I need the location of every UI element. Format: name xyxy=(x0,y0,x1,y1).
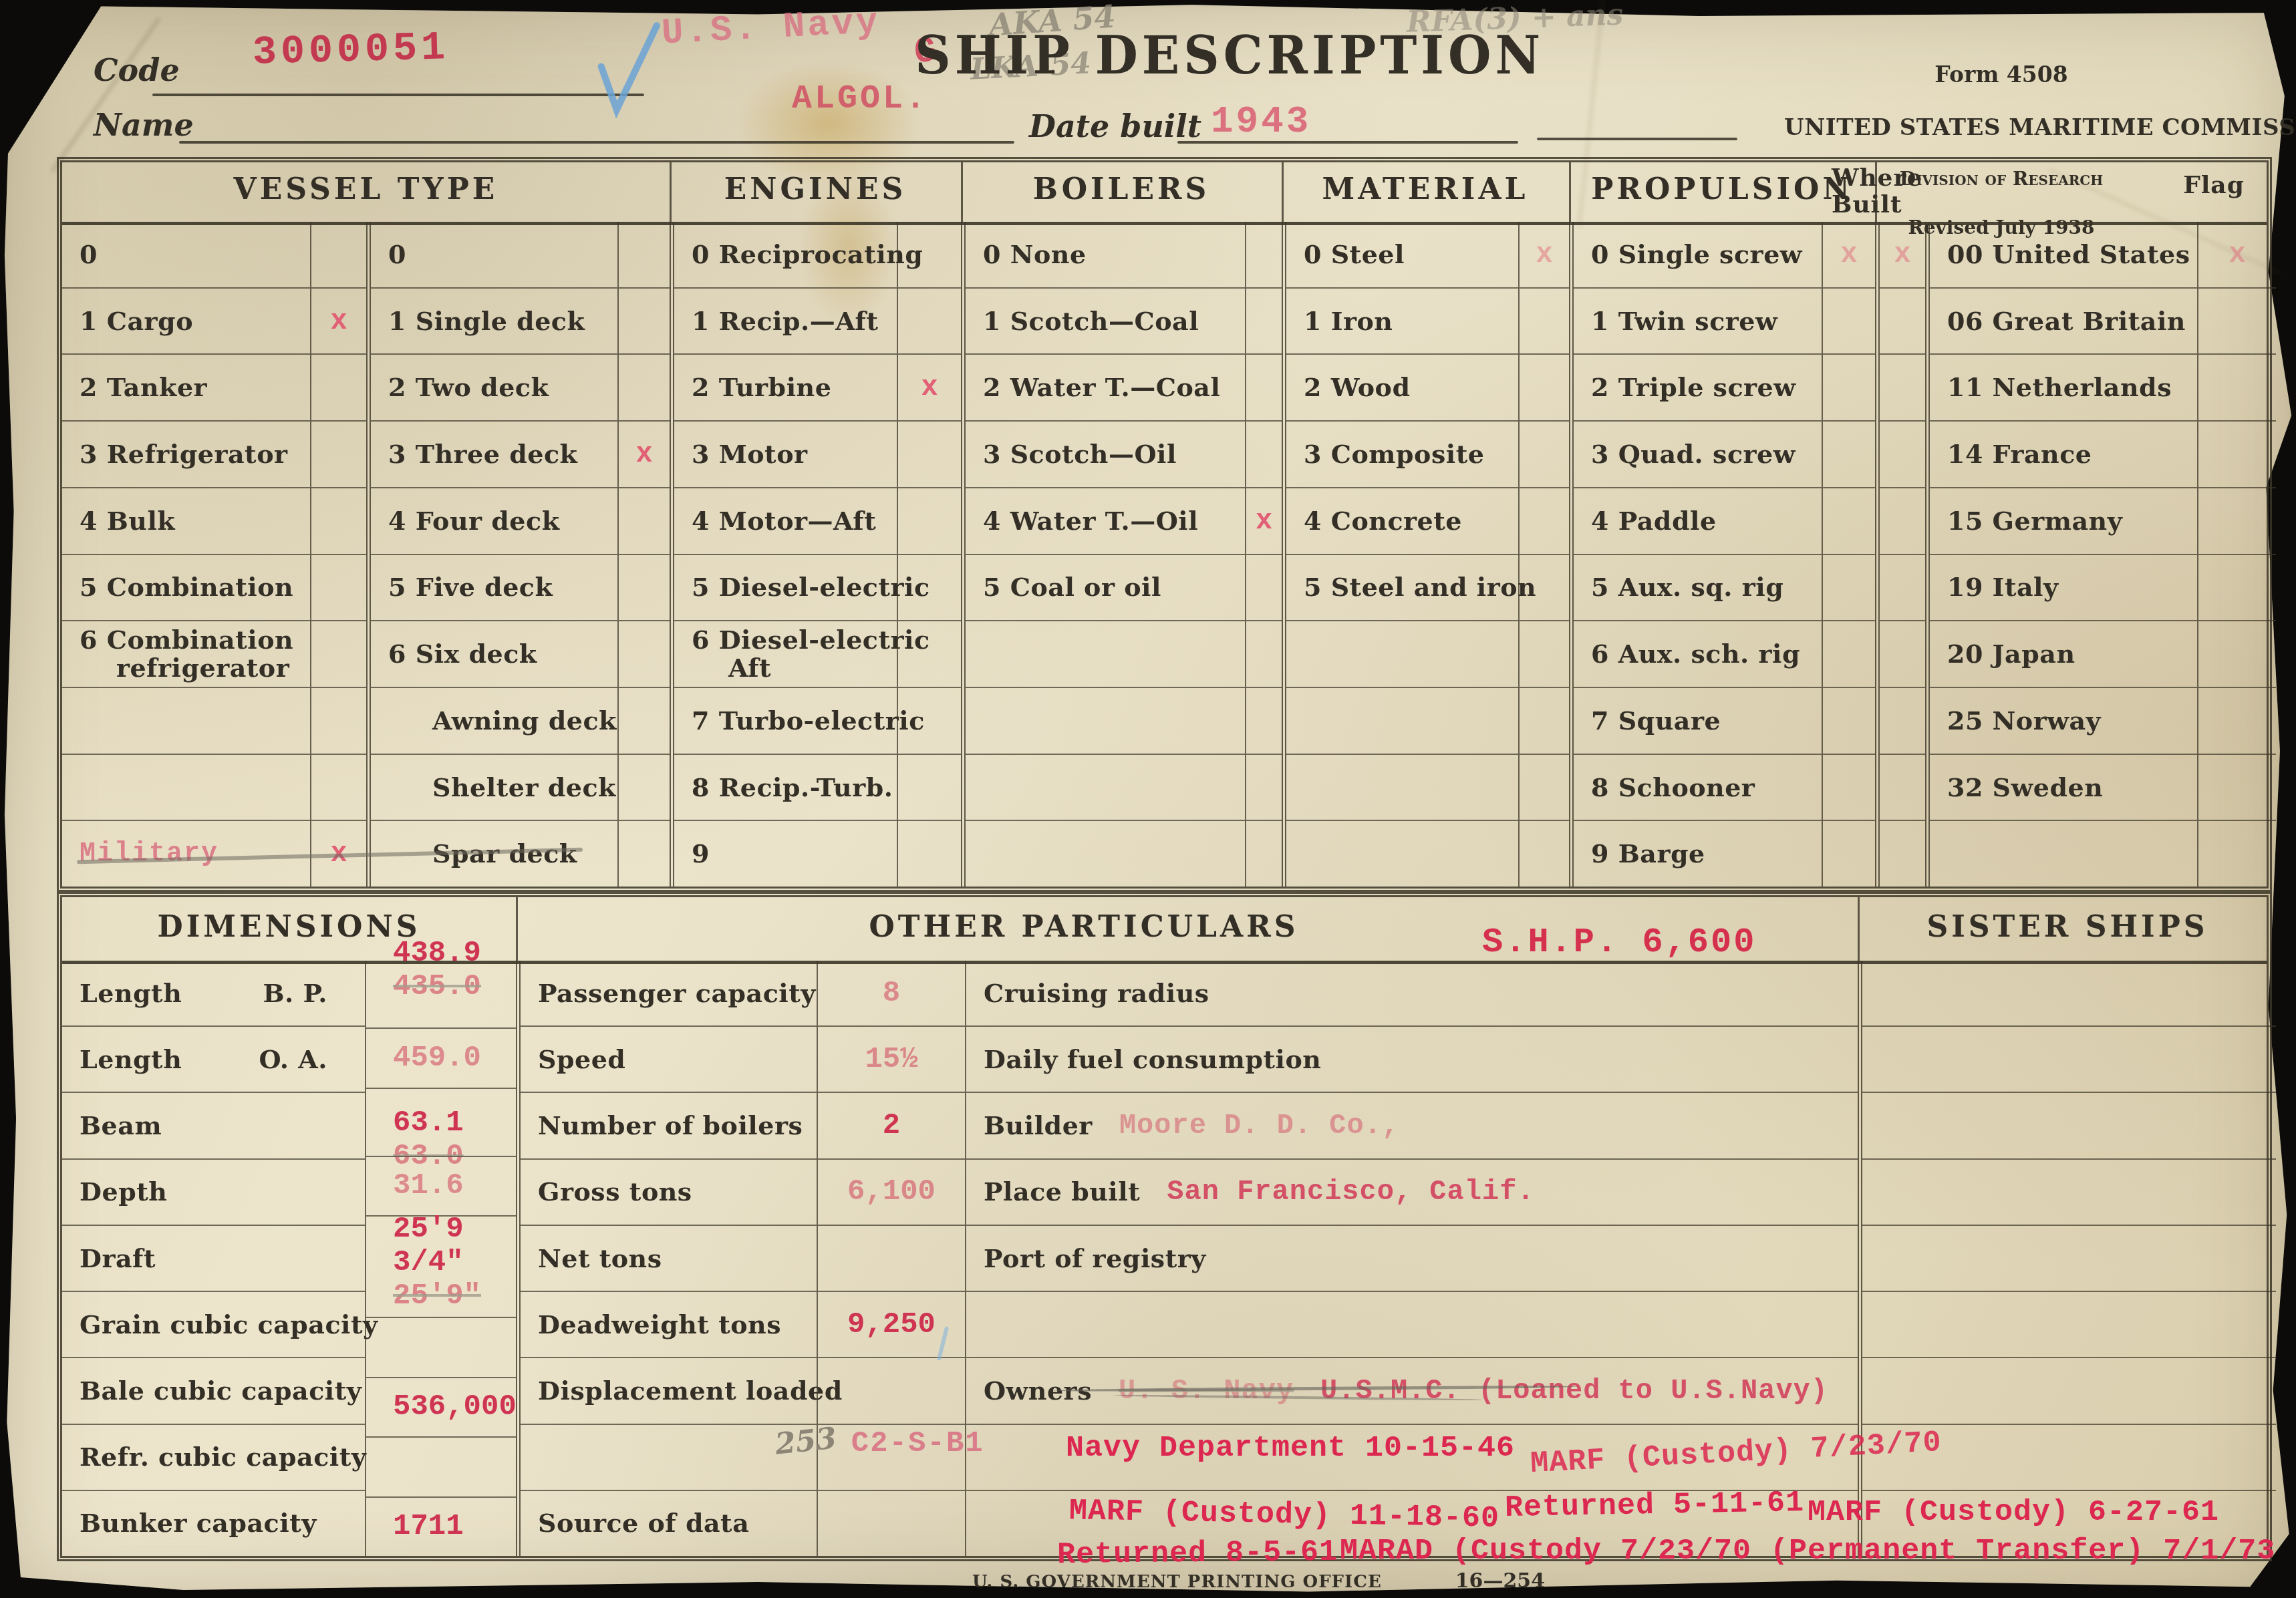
countries-row-5-mark xyxy=(2198,555,2276,622)
dimension-value-4: 25'9 3/4" xyxy=(393,1213,516,1279)
particular-value-5: 9,250 xyxy=(847,1308,936,1341)
propulsion-label-9: 9 Barge xyxy=(1591,840,1705,868)
engines-header: ENGINES xyxy=(670,174,961,205)
where-built-header: Where Built xyxy=(1832,165,1922,218)
shp-stamp: S.H.P. 6,600 xyxy=(1482,923,1756,962)
ship-name-stamp: ALGOL. xyxy=(792,80,928,118)
dimension-label-3: Depth xyxy=(80,1178,167,1206)
dimlabel-row-1: LengthO. A. xyxy=(62,1027,365,1093)
details-table-body: LengthB. P.LengthO. A.BeamDepthDraftGrai… xyxy=(62,961,2267,1556)
dimvalue-row-3: 31.6 xyxy=(366,1157,516,1217)
engines-row-6: 6 Diesel-electric Aft xyxy=(674,621,897,688)
countries-label-6: 20 Japan xyxy=(1947,640,2075,668)
vessel_type_1-mark-column: xx xyxy=(310,222,366,887)
material-row-2-mark xyxy=(1520,355,1569,422)
header-underline-segment xyxy=(1537,138,1737,140)
vessel_type_2-label-column: 01 Single deck2 Two deck3 Three deck4 Fo… xyxy=(366,222,617,887)
dimension-value-6: 536,000 xyxy=(393,1390,517,1424)
particular-label-2: Number of boilers xyxy=(538,1112,803,1140)
boilers-row-8 xyxy=(966,755,1245,822)
material-row-1-mark xyxy=(1520,289,1569,355)
propulsion-row-0-mark: x xyxy=(1823,222,1875,289)
dimvalue-row-0: 438.9435.0 xyxy=(366,961,516,1029)
dimension-value-stack-0: 438.9435.0 xyxy=(384,937,481,1003)
p1value-row-2: 2 xyxy=(818,1093,965,1159)
p1value-row-8 xyxy=(818,1491,965,1556)
wide-row-4: Port of registry xyxy=(966,1226,1858,1292)
boilers-label-2: 2 Water T.—Coal xyxy=(983,373,1220,402)
dimvalue-row-6: 536,000 xyxy=(366,1378,516,1438)
wide-row-2: BuilderMoore D. D. Co., xyxy=(966,1093,1858,1159)
vessel_type_2-row-8-mark xyxy=(619,755,670,822)
engines-row-7: 7 Turbo-electric xyxy=(674,688,897,755)
countries-row-7-mark xyxy=(2198,688,2276,755)
dimvalue-row-7 xyxy=(366,1438,516,1498)
code-label: Code xyxy=(94,52,180,88)
dimlabel-row-8: Bunker capacity xyxy=(62,1491,365,1556)
dimension-value-stack-1: 459.0 xyxy=(384,1042,481,1075)
wide-row-0: Cruising radius xyxy=(966,961,1858,1027)
wide-row-5 xyxy=(966,1292,1858,1358)
dimvalue-row-2: 63.163.0 xyxy=(366,1089,516,1157)
classification-header-band: VESSEL TYPE ENGINES BOILERS MATERIAL PRO… xyxy=(62,162,2267,225)
where_built-row-6-mark xyxy=(1880,621,1925,688)
countries-label-3: 14 France xyxy=(1947,440,2092,468)
boilers-row-8-mark xyxy=(1246,755,1282,822)
engines-mark-column: x xyxy=(897,222,961,887)
c2-s-b1-note: C2-S-B1 xyxy=(851,1427,984,1460)
propulsion-header: PROPULSION xyxy=(1569,174,1875,205)
wide-row-1: Daily fuel consumption xyxy=(966,1027,1858,1093)
material-label-4: 4 Concrete xyxy=(1304,507,1462,535)
material-row-3: 3 Composite xyxy=(1286,422,1518,488)
boilers-label-5: 5 Coal or oil xyxy=(983,573,1161,601)
pencil-253-note: 253 xyxy=(774,1421,839,1461)
dimension-value-3: 31.6 xyxy=(393,1169,464,1203)
vessel_type_2-label-7: Awning deck xyxy=(388,707,617,735)
footer-number: 16—254 xyxy=(1455,1569,1545,1593)
classification-table-body: 01 Cargo2 Tanker3 Refrigerator4 Bulk5 Co… xyxy=(62,222,2267,887)
particular-label-4: Net tons xyxy=(538,1245,662,1273)
classification-table: VESSEL TYPE ENGINES BOILERS MATERIAL PRO… xyxy=(57,157,2272,892)
wide-value-3: San Francisco, Calif. xyxy=(1167,1176,1534,1208)
engines-label-2: 2 Turbine xyxy=(692,373,831,402)
dimension-label-6: Bale cubic capacity xyxy=(80,1377,362,1405)
wide-row-3: Place builtSan Francisco, Calif. xyxy=(966,1160,1858,1226)
material-row-5: 5 Steel and iron xyxy=(1286,555,1518,622)
particular-label-3: Gross tons xyxy=(538,1178,692,1206)
vessel_type_1-row-3: 3 Refrigerator xyxy=(62,422,310,488)
material-row-2: 2 Wood xyxy=(1286,355,1518,422)
propulsion-row-2: 2 Triple screw xyxy=(1574,355,1822,422)
material-header: MATERIAL xyxy=(1282,174,1569,205)
dimension-value-stack-3: 31.6 xyxy=(384,1169,464,1203)
material-row-8 xyxy=(1286,755,1518,822)
engines-label-6: 6 Diesel-electric Aft xyxy=(692,626,930,682)
propulsion-label-1: 1 Twin screw xyxy=(1591,307,1777,335)
propulsion-row-3: 3 Quad. screw xyxy=(1574,422,1822,488)
blue-check-icon xyxy=(585,12,666,124)
countries-row-1: 06 Great Britain xyxy=(1930,289,2197,355)
p1value-row-4 xyxy=(818,1226,965,1292)
propulsion-row-3-mark xyxy=(1823,422,1875,488)
dimvalue-row-4: 25'9 3/4"25'9" xyxy=(366,1217,516,1318)
material-label-2: 2 Wood xyxy=(1304,373,1411,402)
boilers-row-3-mark xyxy=(1246,422,1282,488)
dimension-label-7: Refr. cubic capacity xyxy=(80,1443,366,1471)
boilers-header: BOILERS xyxy=(961,174,1282,205)
propulsion-row-5-mark xyxy=(1823,555,1875,622)
vessel_type_2-label-5: 5 Five deck xyxy=(388,573,553,601)
boilers-row-6-mark xyxy=(1246,621,1282,688)
material-row-4: 4 Concrete xyxy=(1286,488,1518,555)
engines-row-0: 0 Reciprocating xyxy=(674,222,897,289)
boilers-row-1: 1 Scotch—Coal xyxy=(966,289,1245,355)
form-number: Form 4508 xyxy=(1784,61,2218,88)
propulsion-row-1-mark xyxy=(1823,289,1875,355)
vessel_type_2-row-0-mark xyxy=(619,222,670,289)
vessel_type_1-row-9: Military xyxy=(62,821,310,887)
propulsion-mark-column: x xyxy=(1822,222,1875,887)
vessel_type_1-label-1: 1 Cargo xyxy=(80,307,193,335)
engines-row-2-mark: x xyxy=(898,355,961,422)
p1label-row-6: Displacement loaded xyxy=(521,1358,817,1424)
boilers-row-1-mark xyxy=(1246,289,1282,355)
where_built-row-2-mark xyxy=(1880,355,1925,422)
dimension-label-8: Bunker capacity xyxy=(80,1509,317,1537)
engines-row-8-mark xyxy=(898,755,961,822)
propulsion-label-3: 3 Quad. screw xyxy=(1591,440,1796,468)
p1label-row-4: Net tons xyxy=(521,1226,817,1292)
particular-label-1: Speed xyxy=(538,1046,625,1074)
propulsion-row-4-mark xyxy=(1823,488,1875,555)
engines-row-0-mark xyxy=(898,222,961,289)
particular-value-2: 2 xyxy=(883,1109,900,1142)
vessel_type_2-row-6-mark xyxy=(619,621,670,688)
dimension-label-2: Beam xyxy=(80,1112,162,1140)
material-row-3-mark xyxy=(1520,422,1569,488)
propulsion-row-8: 8 Schooner xyxy=(1574,755,1822,822)
sister-row-1 xyxy=(1862,1027,2276,1093)
band-divider xyxy=(1569,162,1571,222)
propulsion-row-9: 9 Barge xyxy=(1574,821,1822,887)
material-row-8-mark xyxy=(1520,755,1569,822)
p1label-row-0: Passenger capacity xyxy=(521,961,817,1027)
countries-label-column: 00 United States06 Great Britain11 Nethe… xyxy=(1925,222,2197,887)
material-mark-0: x xyxy=(1536,238,1552,271)
particular-value-1: 15½ xyxy=(865,1043,917,1076)
vessel_type_2-row-2: 2 Two deck xyxy=(371,355,617,422)
vessel_type_1-row-2-mark xyxy=(311,355,366,422)
marf-custody-61-stamp: MARF (Custody) 6-27-61 xyxy=(1808,1495,2219,1529)
engines-row-1-mark xyxy=(898,289,961,355)
material-row-5-mark xyxy=(1520,555,1569,622)
wide-value-6: U.S.M.C. (Loaned to U.S.Navy) xyxy=(1320,1375,1828,1407)
countries-label-5: 19 Italy xyxy=(1947,573,2059,601)
wide-label-6: Owners xyxy=(984,1377,1092,1405)
countries-row-6: 20 Japan xyxy=(1930,621,2197,688)
vessel_type_2-row-2-mark xyxy=(619,355,670,422)
p1label-row-3: Gross tons xyxy=(521,1160,817,1226)
boilers-label-4: 4 Water T.—Oil xyxy=(983,507,1198,535)
engines-row-6-mark xyxy=(898,621,961,688)
vessel_type_2-row-7-mark xyxy=(619,688,670,755)
returned-61-stamp: Returned 5-11-61 xyxy=(1505,1486,1805,1525)
countries-label-4: 15 Germany xyxy=(1947,507,2122,535)
band-divider xyxy=(1875,162,1877,222)
material-row-0-mark: x xyxy=(1520,222,1569,289)
vessel_type_2-label-1: 1 Single deck xyxy=(388,307,585,335)
where_built-row-3-mark xyxy=(1880,422,1925,488)
vessel_type_2-row-5-mark xyxy=(619,555,670,622)
sister-row-0 xyxy=(1862,961,2276,1027)
propulsion-row-7: 7 Square xyxy=(1574,688,1822,755)
boilers-row-9 xyxy=(966,821,1245,887)
material-label-3: 3 Composite xyxy=(1304,440,1484,468)
boilers-row-5-mark xyxy=(1246,555,1282,622)
vessel_type_2-row-1: 1 Single deck xyxy=(371,289,617,355)
engines-row-4-mark xyxy=(898,488,961,555)
vessel_type_1-row-2: 2 Tanker xyxy=(62,355,310,422)
vessel_type_1-row-7-mark xyxy=(311,688,366,755)
propulsion-row-5: 5 Aux. sq. rig xyxy=(1574,555,1822,622)
p1value-row-0: 8 xyxy=(818,961,965,1027)
dimlabel-column: LengthB. P.LengthO. A.BeamDepthDraftGrai… xyxy=(62,961,365,1556)
vessel_type_1-label-4: 4 Bulk xyxy=(80,507,175,535)
material-row-7 xyxy=(1286,688,1518,755)
wide-label-1: Daily fuel consumption xyxy=(984,1046,1321,1074)
vessel_type_1-row-6: 6 Combination refrigerator xyxy=(62,621,310,688)
wide-value-2: Moore D. D. Co., xyxy=(1119,1110,1399,1142)
boilers-row-4: 4 Water T.—Oil xyxy=(966,488,1245,555)
vessel_type_1-row-6-mark xyxy=(311,621,366,688)
wide-struck-value-6: U. S. Navy xyxy=(1119,1375,1294,1407)
dimension-label-0: Length xyxy=(80,979,182,1007)
particular-label-5: Deadweight tons xyxy=(538,1311,781,1339)
countries-row-6-mark xyxy=(2198,621,2276,688)
p1label-row-8: Source of data xyxy=(521,1491,817,1556)
material-row-1: 1 Iron xyxy=(1286,289,1518,355)
where_built-row-0-mark: x xyxy=(1880,222,1925,289)
vessel_type_1-row-8-mark xyxy=(311,755,366,822)
dimension-label-5: Grain cubic capacity xyxy=(80,1311,378,1339)
returned-8-61-stamp: Returned 8-5-61 xyxy=(1057,1535,1338,1572)
where_built-row-7-mark xyxy=(1880,688,1925,755)
dimension-value-2: 63.1 xyxy=(393,1106,464,1140)
material-label-5: 5 Steel and iron xyxy=(1304,573,1536,601)
engines-row-9-mark xyxy=(898,821,961,887)
p1value-row-3: 6,100 xyxy=(818,1160,965,1226)
boilers-label-0: 0 None xyxy=(983,241,1087,269)
particular-value-3: 6,100 xyxy=(847,1175,936,1209)
boilers-label-column: 0 None1 Scotch—Coal2 Water T.—Coal3 Scot… xyxy=(961,222,1245,887)
dimvalue-row-5 xyxy=(366,1318,516,1378)
code-value-stamp: 3000051 xyxy=(252,25,450,76)
vessel_type_1-row-8 xyxy=(62,755,310,822)
vessel_type_1-label-2: 2 Tanker xyxy=(80,373,207,402)
material-row-6 xyxy=(1286,621,1518,688)
particular-label-6: Displacement loaded xyxy=(538,1377,843,1405)
vessel_type_2-row-6: 6 Six deck xyxy=(371,621,617,688)
sister-row-2 xyxy=(1862,1093,2276,1159)
countries-row-7: 25 Norway xyxy=(1930,688,2197,755)
vessel_type_1-label-5: 5 Combination xyxy=(80,573,293,601)
vessel_type_1-row-0-mark xyxy=(311,222,366,289)
vessel_type_1-row-7 xyxy=(62,688,310,755)
p1label-row-1: Speed xyxy=(521,1027,817,1093)
p1label-column: Passenger capacitySpeedNumber of boilers… xyxy=(516,961,817,1556)
dimension-value-8: 1711 xyxy=(393,1510,464,1543)
band-divider xyxy=(961,162,963,222)
material-row-0: 0 Steel xyxy=(1286,222,1518,289)
dimension-value-stack-8: 1711 xyxy=(384,1510,464,1543)
propulsion-row-2-mark xyxy=(1823,355,1875,422)
particular-label-0: Passenger capacity xyxy=(538,979,816,1007)
type-code-note: 253 C2-S-B1 xyxy=(775,1424,984,1460)
countries-label-2: 11 Netherlands xyxy=(1947,373,2172,402)
boilers-mark-column: x xyxy=(1245,222,1282,887)
dimlabel-row-5: Grain cubic capacity xyxy=(62,1292,365,1358)
vessel_type_2-row-8: Shelter deck xyxy=(371,755,617,822)
propulsion-label-4: 4 Paddle xyxy=(1591,507,1717,535)
dimlabel-row-4: Draft xyxy=(62,1226,365,1292)
vessel_type_2-row-4-mark xyxy=(619,488,670,555)
vessel-type-header: VESSEL TYPE xyxy=(62,174,670,205)
vessel_type_2-row-4: 4 Four deck xyxy=(371,488,617,555)
engines-label-7: 7 Turbo-electric xyxy=(692,707,925,735)
dimension-old-value-0: 435.0 xyxy=(393,970,481,1003)
scanned-form-screenshot: Code 3000051 U.S. Navy AKA 54 LKA-54 G R… xyxy=(0,0,2296,1598)
vessel_type_2-label-0: 0 xyxy=(388,241,406,269)
vessel_type_2-mark-3: x xyxy=(635,438,652,470)
material-row-9 xyxy=(1286,821,1518,887)
engines-label-1: 1 Recip.—Aft xyxy=(692,307,879,335)
engines-row-2: 2 Turbine xyxy=(674,355,897,422)
countries-label-7: 25 Norway xyxy=(1947,707,2101,735)
engines-row-9: 9 xyxy=(674,821,897,887)
vessel_type_1-row-3-mark xyxy=(311,422,366,488)
sister-column xyxy=(1858,961,2276,1556)
dimension-value-stack-4: 25'9 3/4"25'9" xyxy=(384,1213,516,1313)
vessel_type_1-row-5-mark xyxy=(311,555,366,622)
propulsion-label-6: 6 Aux. sch. rig xyxy=(1591,640,1800,668)
name-label: Name xyxy=(94,107,194,143)
engines-mark-2: x xyxy=(921,371,938,404)
engines-label-0: 0 Reciprocating xyxy=(692,241,923,269)
countries-row-8: 32 Sweden xyxy=(1930,755,2197,822)
material-label-0: 0 Steel xyxy=(1304,241,1405,269)
dimension-sub-1: O. A. xyxy=(259,1046,365,1074)
material-row-4-mark xyxy=(1520,488,1569,555)
wide-label-3: Place built xyxy=(984,1178,1140,1206)
marad-custody-stamp: MARAD (Custody 7/23/70 (Permanent Transf… xyxy=(1340,1534,2275,1568)
band-divider xyxy=(516,897,518,961)
material-mark-column: x xyxy=(1518,222,1569,887)
material-row-6-mark xyxy=(1520,621,1569,688)
countries-row-2: 11 Netherlands xyxy=(1930,355,2197,422)
countries-row-0: 00 United States xyxy=(1930,222,2197,289)
dimvalue-row-8: 1711 xyxy=(366,1498,516,1557)
where_built-mark-0: x xyxy=(1894,238,1910,271)
dimension-value-stack-6: 536,000 xyxy=(384,1390,517,1424)
dimlabel-row-3: Depth xyxy=(62,1160,365,1226)
wide-label-4: Port of registry xyxy=(984,1245,1206,1273)
engines-row-7-mark xyxy=(898,688,961,755)
boilers-row-6 xyxy=(966,621,1245,688)
vessel_type_1-row-1-mark: x xyxy=(311,289,366,355)
page-title: SHIP DESCRIPTION xyxy=(889,15,1557,98)
sister-row-5 xyxy=(1862,1292,2276,1358)
propulsion-label-column: 0 Single screw1 Twin screw2 Triple screw… xyxy=(1569,222,1822,887)
propulsion-label-7: 7 Square xyxy=(1591,707,1721,735)
sister-row-6 xyxy=(1862,1358,2276,1424)
boilers-row-2-mark xyxy=(1246,355,1282,422)
vessel_type_1-label-column: 01 Cargo2 Tanker3 Refrigerator4 Bulk5 Co… xyxy=(62,222,310,887)
p1value-column: 815½26,1009,250 xyxy=(817,961,965,1556)
wide-row-6: OwnersU. S. NavyU.S.M.C. (Loaned to U.S.… xyxy=(966,1358,1858,1424)
vessel_type_1-label-3: 3 Refrigerator xyxy=(80,440,288,468)
engines-label-3: 3 Motor xyxy=(692,440,808,468)
p1value-row-1: 15½ xyxy=(818,1027,965,1093)
p1label-row-7 xyxy=(521,1425,817,1491)
p1label-row-5: Deadweight tons xyxy=(521,1292,817,1358)
boilers-row-0-mark xyxy=(1246,222,1282,289)
boilers-label-1: 1 Scotch—Coal xyxy=(983,307,1199,335)
engines-label-5: 5 Diesel-electric xyxy=(692,573,930,601)
p1label-row-2: Number of boilers xyxy=(521,1093,817,1159)
where_built-row-4-mark xyxy=(1880,488,1925,555)
vessel_type_1-label-9: Military xyxy=(80,839,219,869)
date-built-value: 1943 xyxy=(1211,100,1311,143)
countries-row-3: 14 France xyxy=(1930,422,2197,488)
vessel_type_1-row-5: 5 Combination xyxy=(62,555,310,622)
dimension-value-1: 459.0 xyxy=(393,1042,481,1075)
sister-row-4 xyxy=(1862,1226,2276,1292)
dimvalue-column: 438.9435.0459.063.163.031.625'9 3/4"25'9… xyxy=(365,961,516,1556)
dimlabel-row-6: Bale cubic capacity xyxy=(62,1358,365,1424)
vessel_type_2-label-2: 2 Two deck xyxy=(388,373,549,402)
p1value-row-6 xyxy=(818,1358,965,1424)
engines-row-5-mark xyxy=(898,555,961,622)
engines-row-4: 4 Motor—Aft xyxy=(674,488,897,555)
propulsion-row-6-mark xyxy=(1823,621,1875,688)
engines-row-8: 8 Recip.-Turb. xyxy=(674,755,897,822)
vessel_type_2-row-0: 0 xyxy=(371,222,617,289)
vessel_type_2-label-8: Shelter deck xyxy=(388,774,616,802)
vessel_type_2-row-3-mark: x xyxy=(619,422,670,488)
vessel_type_2-row-3: 3 Three deck xyxy=(371,422,617,488)
countries-row-1-mark xyxy=(2198,289,2276,355)
vessel_type_1-row-4: 4 Bulk xyxy=(62,488,310,555)
material-row-7-mark xyxy=(1520,688,1569,755)
propulsion-row-6: 6 Aux. sch. rig xyxy=(1574,621,1822,688)
dimension-sub-0: B. P. xyxy=(263,979,365,1007)
vessel_type_2-row-1-mark xyxy=(619,289,670,355)
countries-label-0: 00 United States xyxy=(1947,241,2190,269)
flag-header: Flag xyxy=(2160,173,2267,198)
countries-row-2-mark xyxy=(2198,355,2276,422)
boilers-label-3: 3 Scotch—Oil xyxy=(983,440,1177,468)
boilers-row-7-mark xyxy=(1246,688,1282,755)
wide-label-2: Builder xyxy=(984,1112,1093,1140)
countries-mark-0: x xyxy=(2229,238,2245,271)
boilers-row-5: 5 Coal or oil xyxy=(966,555,1245,622)
vessel_type_1-row-0: 0 xyxy=(62,222,310,289)
material-label-column: 0 Steel1 Iron2 Wood3 Composite4 Concrete… xyxy=(1282,222,1518,887)
where_built-row-1-mark xyxy=(1880,289,1925,355)
vessel_type_2-mark-column: x xyxy=(617,222,670,887)
propulsion-row-8-mark xyxy=(1823,755,1875,822)
